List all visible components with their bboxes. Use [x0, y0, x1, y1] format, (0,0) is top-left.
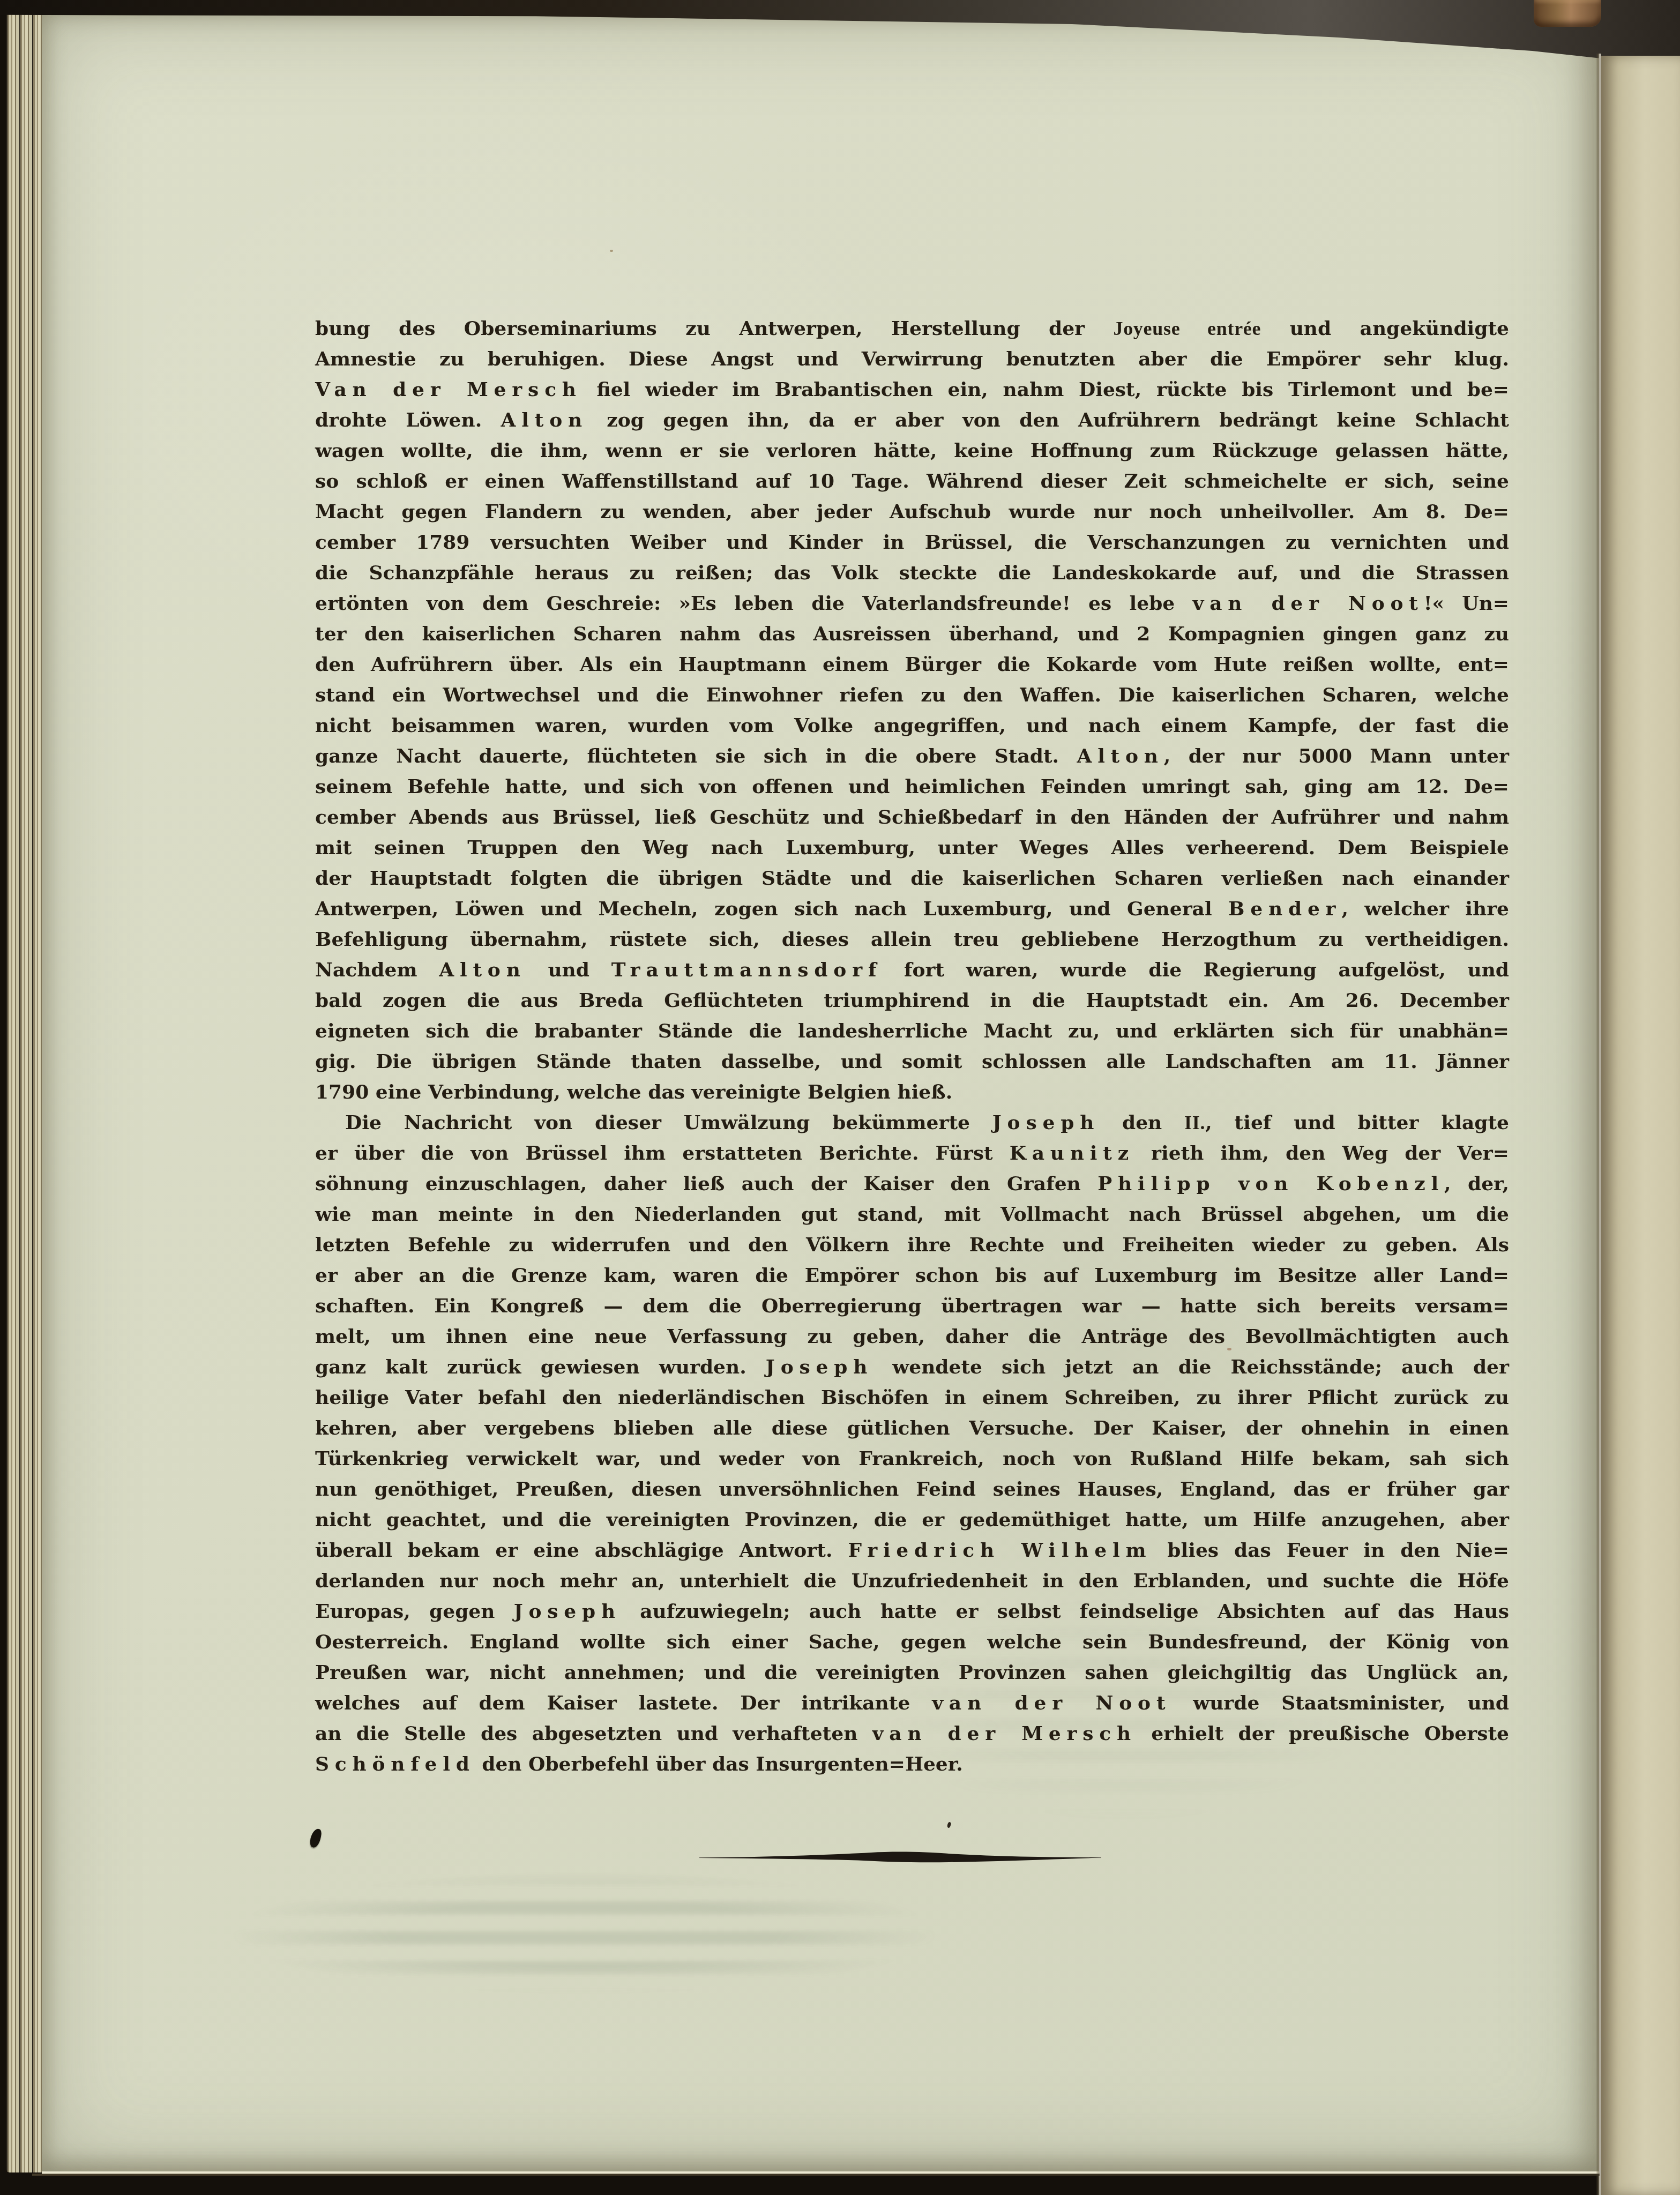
body-text: !« Un=	[1424, 592, 1509, 615]
text-line: ganz kalt zurück gewiesen wurden. Joseph…	[315, 1352, 1509, 1383]
body-text: , der nur 5000 Mann unter	[1164, 745, 1509, 767]
page-fold-line	[1596, 54, 1601, 2195]
body-text: den Aufrührern über. Als ein Hauptmann e…	[315, 653, 1509, 676]
text-line: mit seinen Truppen den Weg nach Luxembur…	[315, 833, 1509, 863]
text-block: bung des Oberseminariums zu Antwerpen, H…	[315, 313, 1509, 1780]
text-line: die Schanzpfähle heraus zu reißen; das V…	[315, 558, 1509, 588]
text-line: ganze Nacht dauerte, flüchteten sie sich…	[315, 741, 1509, 772]
body-text: letzten Befehle zu widerrufen und den Vö…	[315, 1234, 1509, 1256]
emphasized-name: Alton	[439, 959, 526, 981]
emphasized-name: van der Noot	[1193, 592, 1424, 615]
body-text: derlanden nur noch mehr an, unterhielt d…	[315, 1570, 1509, 1592]
body-text: ertönten von dem Geschreie: »Es leben di…	[315, 592, 1193, 615]
body-text: an die Stelle des abgesetzten und verhaf…	[315, 1722, 872, 1745]
body-text: und angekündigte	[1261, 317, 1509, 340]
text-line: der Hauptstadt folgten die übrigen Städt…	[315, 863, 1509, 894]
text-line: nun genöthiget, Preußen, diesen unversöh…	[315, 1474, 1509, 1505]
emphasized-name: Joseph	[766, 1356, 873, 1378]
text-line: schaften. Ein Kongreß — dem die Oberregi…	[315, 1291, 1509, 1322]
body-text: aufzuwiegeln; auch hatte er selbst feind…	[621, 1600, 1509, 1623]
body-text: wurde Staatsminister, und	[1171, 1692, 1509, 1714]
text-line: an die Stelle des abgesetzten und verhaf…	[315, 1719, 1509, 1749]
body-text: Europas, gegen	[315, 1600, 514, 1623]
body-text: er über die von Brüssel ihm erstatteten …	[315, 1142, 1010, 1164]
body-text: die Schanzpfähle heraus zu reißen; das V…	[315, 562, 1509, 584]
body-text: wie man meinte in den Niederlanden gut s…	[315, 1203, 1509, 1226]
emphasized-name: Schönfeld	[315, 1753, 475, 1775]
text-line: Macht gegen Flandern zu wenden, aber jed…	[315, 497, 1509, 527]
body-text: der Hauptstadt folgten die übrigen Städt…	[315, 867, 1509, 890]
body-text: den Oberbefehl über das Insurgenten=Heer…	[475, 1753, 963, 1775]
text-line: melt, um ihnen eine neue Verfassung zu g…	[315, 1322, 1509, 1352]
text-line: er aber an die Grenze kam, waren die Emp…	[315, 1260, 1509, 1291]
body-text: den	[1100, 1111, 1184, 1134]
body-text: fiel wieder im Brabantischen ein, nahm D…	[582, 378, 1509, 401]
text-line: nicht geachtet, und die vereinigten Prov…	[315, 1505, 1509, 1535]
text-line: wagen wollte, die ihm, wenn er sie verlo…	[315, 436, 1509, 466]
text-line: ertönten von dem Geschreie: »Es leben di…	[315, 588, 1509, 619]
body-text: mit seinen Truppen den Weg nach Luxembur…	[315, 837, 1509, 859]
body-text: so schloß er einen Waffenstillstand auf …	[315, 470, 1509, 492]
body-text: kehren, aber vergebens blieben alle dies…	[315, 1417, 1509, 1439]
emphasized-name: Kaunitz	[1010, 1142, 1134, 1164]
emphasized-name: van der Noot	[932, 1692, 1171, 1714]
body-text: Preußen war, nicht annehmen; und die ver…	[315, 1661, 1509, 1684]
text-line: Antwerpen, Löwen und Mecheln, zogen sich…	[315, 894, 1509, 924]
body-text: und	[526, 959, 611, 981]
text-line: Befehligung übernahm, rüstete sich, dies…	[315, 924, 1509, 955]
emphasized-name: Friedrich Wilhelm	[848, 1539, 1152, 1562]
text-line: bung des Oberseminariums zu Antwerpen, H…	[315, 313, 1509, 344]
bleed-through-text	[230, 1871, 938, 1995]
paper-speck	[1227, 1348, 1231, 1350]
bottom-page-edge	[32, 2174, 1600, 2176]
body-text: ganz kalt zurück gewiesen wurden.	[315, 1356, 766, 1378]
body-text: heilige Vater befahl den niederländische…	[315, 1386, 1509, 1409]
text-line: welches auf dem Kaiser lastete. Der intr…	[315, 1688, 1509, 1719]
body-text: 1790 eine Verbindung, welche das vereini…	[315, 1081, 952, 1103]
text-line: Nachdem Alton und Trauttmannsdorf fort w…	[315, 955, 1509, 985]
body-text: bald zogen die aus Breda Geflüchteten tr…	[315, 989, 1509, 1012]
antiqua-phrase: II.	[1184, 1112, 1205, 1133]
text-line: Europas, gegen Joseph aufzuwiegeln; auch…	[315, 1596, 1509, 1627]
body-text: er aber an die Grenze kam, waren die Emp…	[315, 1264, 1509, 1287]
text-line: bald zogen die aus Breda Geflüchteten tr…	[315, 985, 1509, 1016]
text-line: Die Nachricht von dieser Umwälzung beküm…	[315, 1108, 1509, 1138]
body-text: Befehligung übernahm, rüstete sich, dies…	[315, 928, 1509, 951]
emphasized-name: Van der Mersch	[315, 378, 582, 401]
body-text: Oesterreich. England wollte sich einer S…	[315, 1631, 1509, 1653]
text-line: eigneten sich die brabanter Stände die l…	[315, 1016, 1509, 1047]
text-line: den Aufrührern über. Als ein Hauptmann e…	[315, 649, 1509, 680]
body-text: blies das Feuer in den Nie=	[1152, 1539, 1509, 1562]
emphasized-name: Bender	[1228, 898, 1341, 920]
paper-speck	[1350, 1736, 1354, 1738]
body-text: Antwerpen, Löwen und Mecheln, zogen sich…	[315, 898, 1228, 920]
text-line: Türkenkrieg verwickelt war, und weder vo…	[315, 1444, 1509, 1474]
swelled-rule-icon	[699, 1848, 1101, 1867]
body-text: , welcher ihre	[1341, 898, 1509, 920]
body-text: wendete sich jetzt an die Reichsstände; …	[873, 1356, 1509, 1378]
text-line: überall bekam er eine abschlägige Antwor…	[315, 1535, 1509, 1566]
body-text: nicht beisammen waren, wurden vom Volke …	[315, 714, 1509, 737]
text-line: Van der Mersch fiel wieder im Brabantisc…	[315, 375, 1509, 405]
paper-speck	[610, 250, 613, 252]
body-text: ganze Nacht dauerte, flüchteten sie sich…	[315, 745, 1077, 767]
text-line: Amnestie zu beruhigen. Diese Angst und V…	[315, 344, 1509, 375]
body-text: melt, um ihnen eine neue Verfassung zu g…	[315, 1325, 1509, 1348]
emphasized-name: Trauttmannsdorf	[611, 959, 883, 981]
text-line: derlanden nur noch mehr an, unterhielt d…	[315, 1566, 1509, 1596]
text-line: gig. Die übrigen Stände thaten dasselbe,…	[315, 1047, 1509, 1077]
body-text: cember 1789 versuchten Weiber und Kinder…	[315, 531, 1509, 554]
emphasized-name: van der Mersch	[872, 1722, 1137, 1745]
body-text: ter den kaiserlichen Scharen nahm das Au…	[315, 623, 1509, 645]
page-stack-fore-edges	[6, 13, 44, 2172]
paper-speck	[498, 758, 501, 761]
text-line: kehren, aber vergebens blieben alle dies…	[315, 1413, 1509, 1444]
text-line: cember Abends aus Brüssel, ließ Geschütz…	[315, 802, 1509, 833]
facing-page-edge	[1601, 56, 1680, 2195]
body-text: nun genöthiget, Preußen, diesen unversöh…	[315, 1478, 1509, 1500]
emphasized-name: Philipp von Kobenzl	[1097, 1173, 1444, 1195]
body-text: rieth ihm, den Weg der Ver=	[1134, 1142, 1509, 1164]
text-line: 1790 eine Verbindung, welche das vereini…	[315, 1077, 1509, 1108]
emphasized-name: Joseph	[514, 1600, 621, 1623]
emphasized-name: Joseph	[992, 1111, 1100, 1134]
body-text: überall bekam er eine abschlägige Antwor…	[315, 1539, 848, 1562]
text-line: Preußen war, nicht annehmen; und die ver…	[315, 1658, 1509, 1688]
body-text: Amnestie zu beruhigen. Diese Angst und V…	[315, 348, 1509, 370]
body-text: bung des Oberseminariums zu Antwerpen, H…	[315, 317, 1113, 340]
text-line: seinem Befehle hatte, und sich von offen…	[315, 772, 1509, 802]
body-text: Nachdem	[315, 959, 439, 981]
text-line: wie man meinte in den Niederlanden gut s…	[315, 1199, 1509, 1230]
text-line: söhnung einzuschlagen, daher ließ auch d…	[315, 1169, 1509, 1199]
body-text: drohte Löwen.	[315, 409, 501, 431]
text-line: Schönfeld den Oberbefehl über das Insurg…	[315, 1749, 1509, 1780]
text-line: Oesterreich. England wollte sich einer S…	[315, 1627, 1509, 1658]
text-line: drohte Löwen. Alton zog gegen ihn, da er…	[315, 405, 1509, 436]
body-text: wagen wollte, die ihm, wenn er sie verlo…	[315, 439, 1509, 462]
body-text: zog gegen ihn, da er aber von den Aufrüh…	[588, 409, 1509, 431]
body-text: welches auf dem Kaiser lastete. Der intr…	[315, 1692, 932, 1714]
text-line: ter den kaiserlichen Scharen nahm das Au…	[315, 619, 1509, 649]
body-text: nicht geachtet, und die vereinigten Prov…	[315, 1509, 1509, 1531]
body-text: Die Nachricht von dieser Umwälzung beküm…	[345, 1111, 992, 1134]
body-text: seinem Befehle hatte, und sich von offen…	[315, 775, 1509, 798]
body-text: erhielt der preußische Oberste	[1137, 1722, 1509, 1745]
bookmark-tassel	[1534, 0, 1601, 27]
text-line: nicht beisammen waren, wurden vom Volke …	[315, 711, 1509, 741]
section-divider-swelled-rule	[699, 1848, 1101, 1867]
body-text: eigneten sich die brabanter Stände die l…	[315, 1020, 1509, 1042]
antiqua-phrase: Joyeuse entrée	[1113, 318, 1261, 339]
text-line: so schloß er einen Waffenstillstand auf …	[315, 466, 1509, 497]
text-line: stand ein Wortwechsel und die Einwohner …	[315, 680, 1509, 711]
scanned-book-spread: { "meta": { "kind": "antique-book-page-s…	[0, 0, 1680, 2195]
body-text: cember Abends aus Brüssel, ließ Geschütz…	[315, 806, 1509, 828]
body-text: stand ein Wortwechsel und die Einwohner …	[315, 684, 1509, 706]
body-text: schaften. Ein Kongreß — dem die Oberregi…	[315, 1295, 1509, 1317]
body-text: gig. Die übrigen Stände thaten dasselbe,…	[315, 1050, 1509, 1073]
text-line: cember 1789 versuchten Weiber und Kinder…	[315, 527, 1509, 558]
text-line: letzten Befehle zu widerrufen und den Vö…	[315, 1230, 1509, 1260]
body-text: , der,	[1444, 1173, 1509, 1195]
text-line: er über die von Brüssel ihm erstatteten …	[315, 1138, 1509, 1169]
body-text: Türkenkrieg verwickelt war, und weder vo…	[315, 1447, 1509, 1470]
body-text: fort waren, wurde die Regierung aufgelös…	[882, 959, 1509, 981]
text-line: heilige Vater befahl den niederländische…	[315, 1383, 1509, 1413]
body-text: , tief und bitter klagte	[1205, 1111, 1509, 1134]
emphasized-name: Alton	[501, 409, 588, 431]
body-text: söhnung einzuschlagen, daher ließ auch d…	[315, 1173, 1097, 1195]
body-text: Macht gegen Flandern zu wenden, aber jed…	[315, 501, 1509, 523]
emphasized-name: Alton	[1077, 745, 1163, 767]
